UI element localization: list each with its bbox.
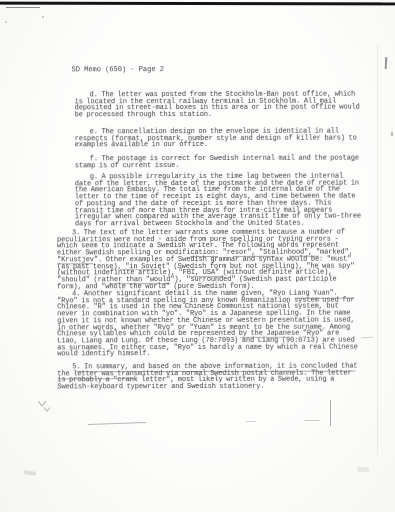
underscore-mark <box>296 297 354 298</box>
memo-paragraph-e: e. The cancellation design on the envelo… <box>75 129 362 150</box>
memo-paragraph-4: 4. Another significant detail is the nam… <box>57 291 360 359</box>
memo-paragraph-g: g. A possible irregularity is the time l… <box>75 174 362 228</box>
memo-page-header: SD Memo (650) - Page 2 <box>72 66 164 74</box>
scanned-memo-page: { "colors": { "ink": "#3e3f46", "page_ba… <box>0 0 395 512</box>
memo-paragraph-3: 3. The text of the letter warrants some … <box>57 230 360 291</box>
document-page: SD Memo (650) - Page 2 d. The letter was… <box>0 0 395 512</box>
memo-paragraph-f: f. The postage is correct for Swedish in… <box>75 156 362 170</box>
memo-paragraph-d: d. The letter was posted from the Stockh… <box>75 92 362 120</box>
underscore-mark <box>240 337 286 338</box>
underscore-mark <box>190 256 218 257</box>
underscore-mark <box>289 256 319 257</box>
underscore-mark <box>120 269 156 270</box>
underscore-mark <box>57 263 93 264</box>
underscore-mark <box>233 256 275 257</box>
underscore-mark <box>110 283 170 284</box>
underscore-mark <box>190 276 224 277</box>
memo-content: SD Memo (650) - Page 2 d. The letter was… <box>0 0 395 512</box>
